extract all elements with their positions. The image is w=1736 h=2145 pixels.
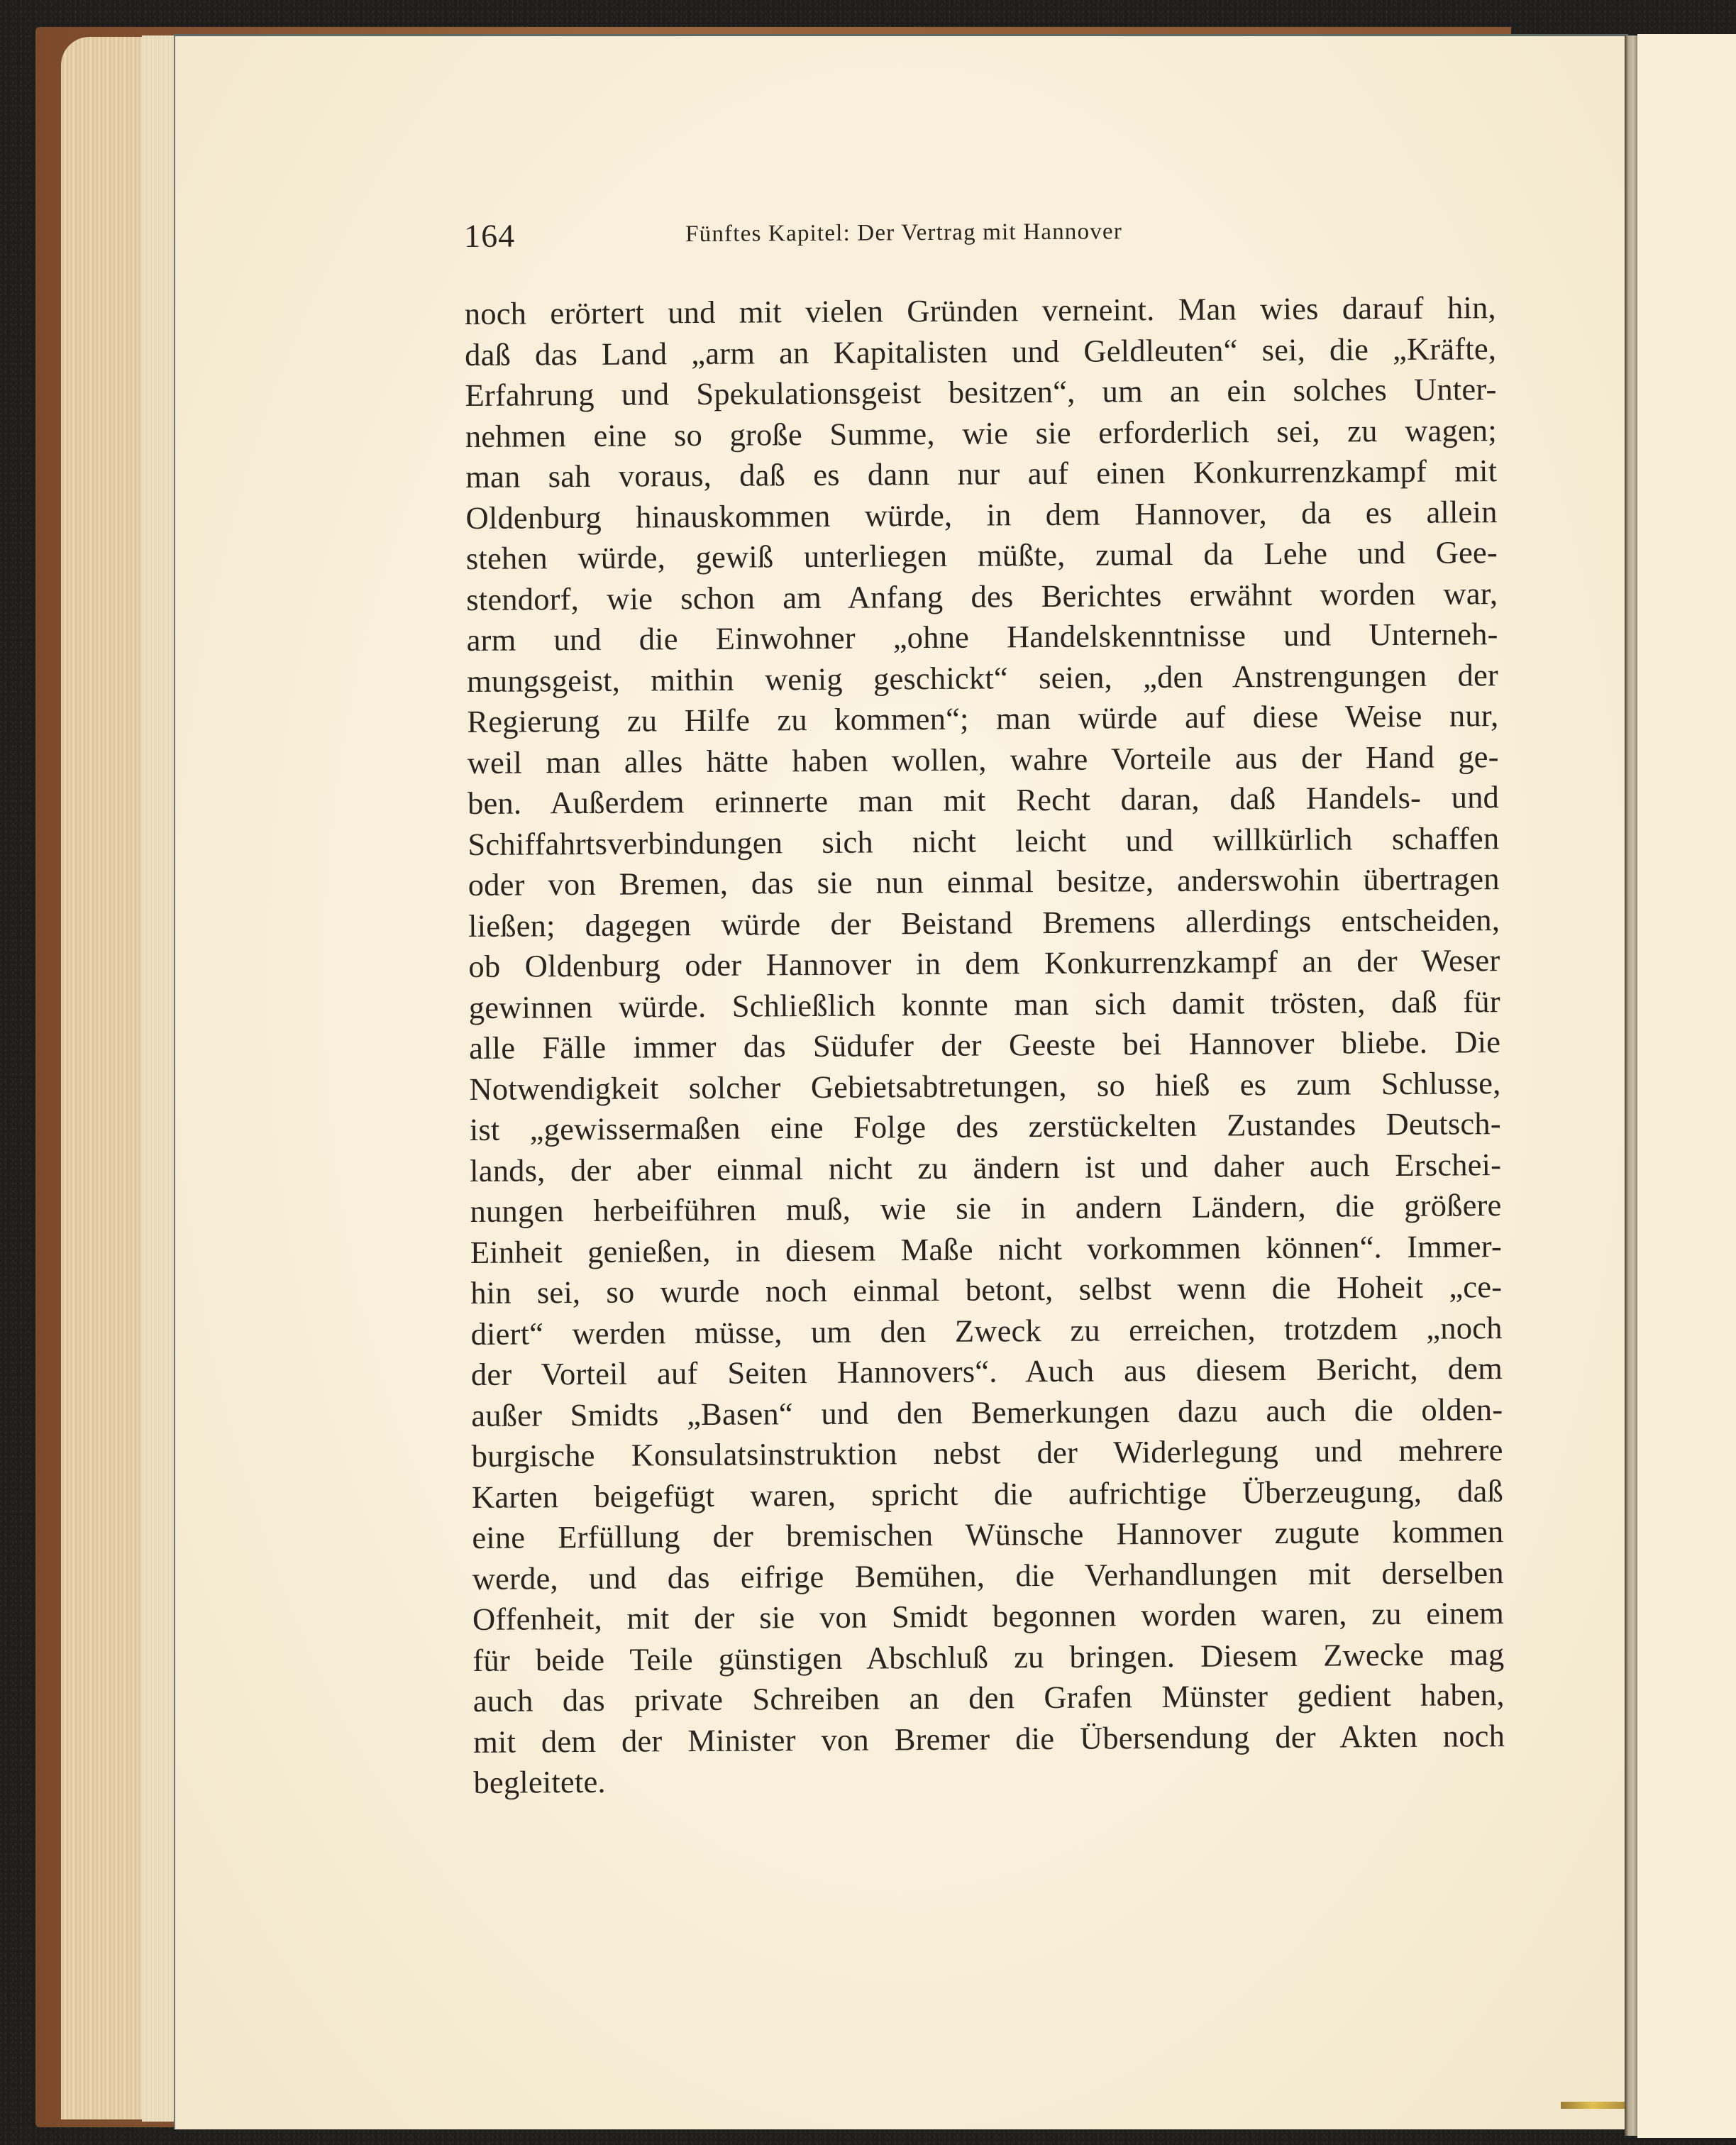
running-head: 164 Fünftes Kapitel: Der Vertrag mit Han… — [464, 211, 1495, 267]
text-line: Karten beigefügt waren, spricht die aufr… — [472, 1471, 1503, 1518]
text-line: ist „gewissermaßen eine Folge des zerstü… — [470, 1103, 1501, 1150]
text-line: ließen; dagegen würde der Beistand Breme… — [468, 900, 1500, 947]
text-line: daß das Land „arm an Kapitalisten und Ge… — [465, 329, 1496, 375]
text-line: ob Oldenburg oder Hannover in dem Konkur… — [468, 940, 1500, 987]
text-line: werde, und das eifrige Bemühen, die Verh… — [472, 1553, 1504, 1599]
chapter-title: Fünftes Kapitel: Der Vertrag mit Hannove… — [685, 219, 1122, 248]
text-line: außer Smidts „Basen“ und den Bemerkungen… — [471, 1389, 1503, 1436]
text-line: lands, der aber einmal nicht zu ändern i… — [470, 1145, 1501, 1191]
text-line: hin sei, so wurde noch einmal betont, se… — [470, 1267, 1502, 1313]
text-line: arm und die Einwohner „ohne Handelskennt… — [466, 614, 1498, 661]
text-line: diert“ werden müsse, um den Zweck zu err… — [470, 1308, 1502, 1355]
text-line: für beide Teile günstigen Abschluß zu br… — [472, 1634, 1504, 1681]
text-line: burgische Konsulatsinstruktion nebst der… — [471, 1430, 1503, 1477]
text-line: noch erörtert und mit vielen Gründen ver… — [465, 287, 1496, 334]
text-line: nehmen eine so große Summe, wie sie erfo… — [465, 410, 1497, 457]
text-line: nungen herbeiführen muß, wie sie in ande… — [470, 1185, 1501, 1232]
body-text: noch erörtert und mit vielen Gründen ver… — [465, 287, 1505, 1803]
facing-page — [1637, 34, 1736, 2138]
text-line: mungsgeist, mithin wenig geschickt“ seie… — [467, 655, 1498, 702]
text-line: weil man alles hätte haben wollen, wahre… — [468, 737, 1499, 783]
text-line: Regierung zu Hilfe zu kommen“; man würde… — [467, 695, 1498, 742]
text-line-final: begleitete. — [473, 1756, 1505, 1803]
text-line: Oldenburg hinauskommen würde, in dem Han… — [465, 492, 1497, 539]
text-line: oder von Bremen, das sie nun einmal besi… — [468, 859, 1500, 905]
text-line: der Vorteil auf Seiten Hannovers“. Auch … — [471, 1348, 1503, 1395]
text-line: stendorf, wie schon am Anfang des Berich… — [466, 573, 1498, 620]
text-line: stehen würde, gewiß unterliegen müßte, z… — [466, 532, 1498, 579]
text-line: alle Fälle immer das Südufer der Geeste … — [469, 1022, 1500, 1069]
text-line: eine Erfüllung der bremischen Wünsche Ha… — [472, 1511, 1503, 1558]
text-line: gewinnen würde. Schließlich konnte man s… — [469, 981, 1500, 1028]
text-line: Offenheit, mit der sie von Smidt begonne… — [472, 1593, 1504, 1640]
text-line: Notwendigkeit solcher Gebietsabtretungen… — [469, 1063, 1500, 1110]
text-line: auch das private Schreiben an den Grafen… — [473, 1675, 1505, 1721]
page-number: 164 — [464, 217, 515, 255]
book-gutter — [1625, 35, 1637, 2136]
text-line: Schiffahrtsverbindungen sich nicht leich… — [468, 818, 1499, 865]
gilt-edge — [1561, 2102, 1625, 2109]
text-line: mit dem der Minister von Bremer die Über… — [473, 1716, 1505, 1763]
text-line: Erfahrung und Spekulationsgeist besitzen… — [465, 369, 1496, 416]
text-line: Einheit genießen, in diesem Maße nicht v… — [470, 1226, 1502, 1273]
page-text-block: 164 Fünftes Kapitel: Der Vertrag mit Han… — [464, 211, 1505, 1803]
text-line: man sah voraus, daß es dann nur auf eine… — [465, 451, 1497, 497]
text-line: ben. Außerdem erinnerte man mit Recht da… — [468, 777, 1499, 824]
